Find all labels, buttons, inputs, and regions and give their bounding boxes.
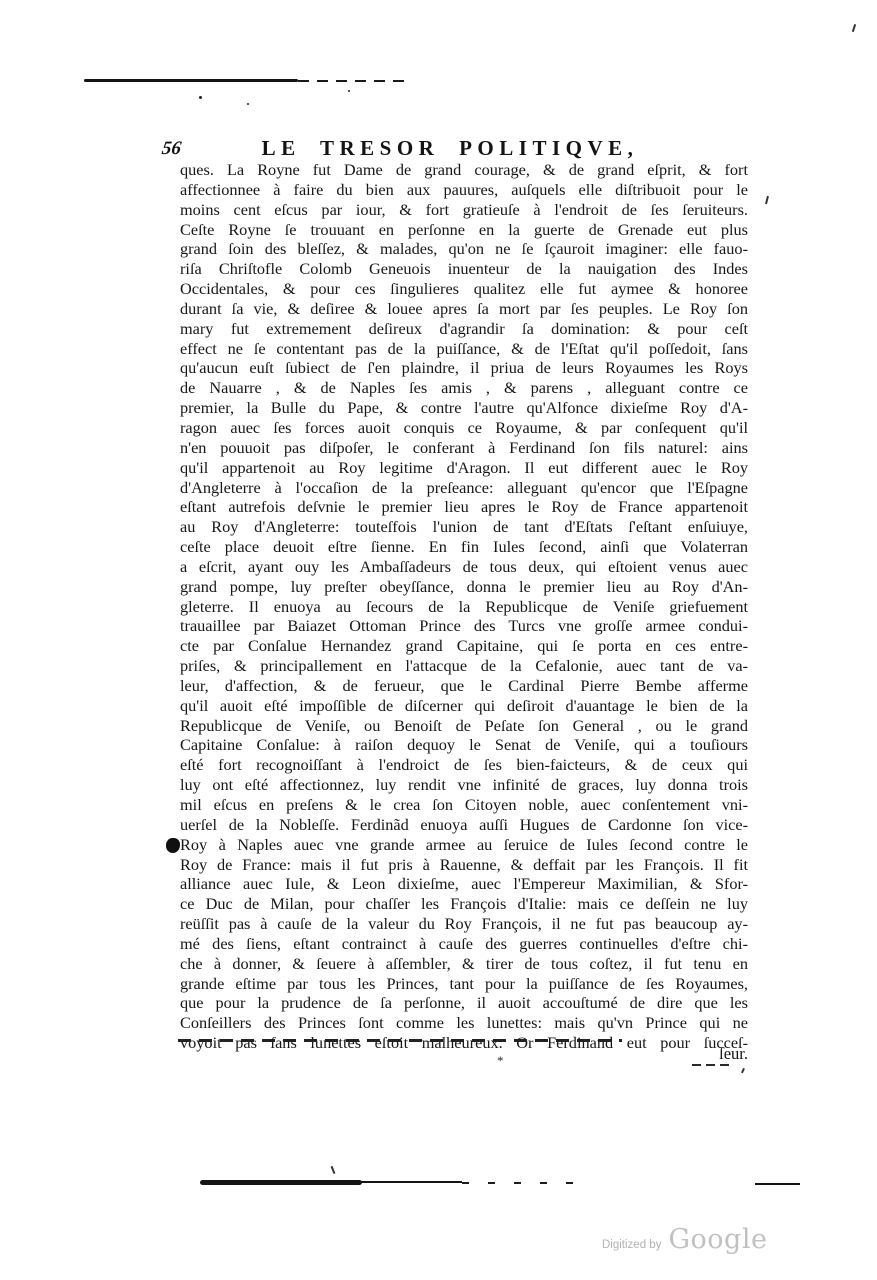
text-line: qu'aucun euſt ſubiect de ſ'en plaindre, … [180, 358, 748, 378]
text-line: mé des ſiens, eſtant contrainct à cauſe … [180, 934, 748, 954]
text-line: ques. La Royne fut Dame de grand courage… [180, 160, 748, 180]
scan-speck [247, 103, 249, 105]
text-line: affectionnee à faire du bien aux pauures… [180, 180, 748, 200]
text-line: au Roy d'Angleterre: touteſfois l'union … [180, 517, 748, 537]
ink-blot [166, 838, 180, 853]
text-line: Roy de France: mais il fut pris à Rauenn… [180, 855, 748, 875]
text-line: Republicque de Veniſe, ou Benoiſt de Peſ… [180, 716, 748, 736]
text-line: luy ont eſté affectionnez, luy rendit vn… [180, 775, 748, 795]
text-line: riſa Chriſtofle Colomb Geneuois inuenteu… [180, 259, 748, 279]
text-line: effect ne ſe contentant pas de la puiſſa… [180, 339, 748, 359]
scan-speck [852, 24, 856, 32]
text-line: grand ſoin des bleſſez, & malades, qu'on… [180, 239, 748, 259]
text-line: n'en pouuoit pas diſpoſer, le conferant … [180, 438, 748, 458]
text-line: d'Angleterre à l'occaſion de la preſeanc… [180, 478, 748, 498]
watermark-prefix-text: Digitized by [602, 1239, 661, 1251]
scan-artifact-bottom-line-dots [462, 1182, 584, 1184]
scan-speck [199, 96, 202, 99]
scan-artifact-top-line-dashed [298, 80, 410, 82]
text-line: trauaillee par Baiazet Ottoman Prince de… [180, 616, 748, 636]
text-line: grand pompe, luy preſter obeyſſance, don… [180, 577, 748, 597]
scan-speck [331, 1166, 335, 1174]
text-line: gleterre. Il enuoya au ſecours de la Rep… [180, 597, 748, 617]
text-line: que pour la prudence de ſa perſonne, il … [180, 993, 748, 1013]
text-line: alliance auec Iule, & Leon dixieſme, aue… [180, 874, 748, 894]
google-logo: Google [668, 1224, 767, 1255]
catchword: ſeur. [180, 1044, 748, 1064]
scan-artifact-bottom-line [200, 1180, 362, 1185]
text-line: de Nauarre , & de Naples ſes amis , & pa… [180, 378, 748, 398]
text-line: mil eſcus en preſens & le crea ſon Citoy… [180, 795, 748, 815]
text-line: eſtant autrefois deſvnie le premier lieu… [180, 497, 748, 517]
text-line: qu'il appartenoit au Roy legitime d'Arag… [180, 458, 748, 478]
text-line: uerſel de la Nobleſſe. Ferdinãd enuoya a… [180, 815, 748, 835]
text-line: priſes, & principallement en l'attacque … [180, 656, 748, 676]
text-line: grande eſtime par tous les Princes, tant… [180, 974, 748, 994]
scan-artifact-underline [178, 1039, 622, 1042]
text-line: eſté fort recognoiſſant à l'endroict de … [180, 755, 748, 775]
scan-speck [348, 90, 350, 92]
text-line: ragon auec ſes forces auoit conquis ce R… [180, 418, 748, 438]
text-line: reüſſit pas à cauſe de la valeur du Roy … [180, 914, 748, 934]
scan-artifact-catchword-dash [692, 1064, 732, 1066]
text-line: Capitaine Conſalue: à raiſon dequoy le S… [180, 735, 748, 755]
text-line: durant ſa vie, & deſiree & louee apres ſ… [180, 299, 748, 319]
scan-artifact-top-line [84, 79, 298, 82]
text-line: ceſte place deuoit eſtre ſienne. En fin … [180, 537, 748, 557]
text-line: che à donner, & ſeuere à aſſembler, & ti… [180, 954, 748, 974]
text-line: mary fut extremement deſireux d'agrandir… [180, 319, 748, 339]
text-line: Occidentales, & pour ces ſingulieres qua… [180, 279, 748, 299]
text-line: a eſcrit, ayant ouy les Ambaſſadeurs de … [180, 557, 748, 577]
scanned-book-page: 56 LE TRESOR POLITIQVE, ques. La Royne f… [0, 0, 877, 1280]
text-line: leur, d'affection, & de ferueur, que le … [180, 676, 748, 696]
text-line: cte par Conſalue Hernandez grand Capitai… [180, 636, 748, 656]
text-line: premier, la Bulle du Pape, & contre l'au… [180, 398, 748, 418]
text-line: Ceſte Royne ſe trouuant en perſonne en l… [180, 220, 748, 240]
text-line: qu'il auoit eſté impoſſible de diſcerner… [180, 696, 748, 716]
scan-speck [765, 196, 768, 204]
scan-artifact-bottom-line-taper [358, 1181, 462, 1183]
text-line: ce Duc de Milan, pour chaſſer les Franço… [180, 894, 748, 914]
scan-speck [741, 1068, 744, 1073]
digitized-by-google-watermark: Digitized by Google [602, 1224, 767, 1255]
text-line: moins cent eſcus par iour, & fort gratie… [180, 200, 748, 220]
body-text-block: ques. La Royne fut Dame de grand courage… [180, 160, 748, 1053]
text-line: Roy à Naples auec vne grande armee au ſe… [180, 835, 748, 855]
scan-artifact-bottom-right-dash [755, 1183, 800, 1185]
running-header-title: LE TRESOR POLITIQVE, [150, 136, 750, 161]
text-line: Conſeillers des Princes ſont comme les l… [180, 1013, 748, 1033]
